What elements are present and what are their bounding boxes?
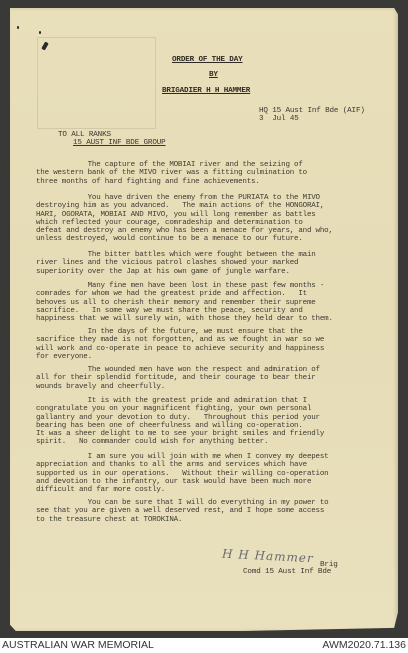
paragraph-line: will work and co-operate in peace to ach…: [36, 345, 372, 353]
paragraph-line: three months of hard fighting and fine a…: [36, 178, 372, 186]
paragraph-line: spirit. No commander could wish for anyt…: [36, 438, 372, 446]
paragraph-line: supported us in our operations. Without …: [36, 470, 372, 478]
paragraph-line: see that you are given a well deserved r…: [36, 507, 372, 515]
paragraph-3: The bitter battles which were fought bet…: [36, 251, 372, 276]
paragraph-6: The wounded men have won the respect and…: [36, 366, 372, 391]
paragraph-line: behoves us all to cherish their memory a…: [36, 299, 372, 307]
paragraph-line: congratulate you on your magnificent fig…: [36, 405, 372, 413]
paragraph-line: and devotion to the infantry, our task w…: [36, 478, 372, 486]
paragraph-line: destroying him as you advanced. The main…: [36, 202, 372, 210]
paragraph-line: sacrifice. In some way we must share the…: [36, 307, 372, 315]
paragraph-line: unless destroyed, would continue to be a…: [36, 235, 372, 243]
paragraph-line: all for their splendid fortitude, and th…: [36, 374, 372, 382]
paragraph-line: the western bank of the MIVO river was a…: [36, 169, 372, 177]
paragraph-line: HARI, OGORATA, MOBIAI AND MIVO, you will…: [36, 211, 372, 219]
paragraph-8: I am sure you will join with me when I c…: [36, 453, 372, 494]
paragraph-line: In the days of the future, we must ensur…: [36, 328, 372, 336]
paragraph-7: It is with the greatest pride and admira…: [36, 397, 372, 447]
paragraph-line: You have driven the enemy from the PURIA…: [36, 194, 372, 202]
faint-stamp-outline: [37, 37, 156, 129]
paragraph-line: to the treasure chest at TOROKINA.: [36, 516, 372, 524]
paragraph-line: sacrifice they made is not forgotten, an…: [36, 336, 372, 344]
date-line: 3 Jul 45: [259, 115, 299, 123]
paragraph-line: defeat and destroy an enemy who has been…: [36, 227, 372, 235]
paragraph-line: which reflected your courage, comradeshi…: [36, 219, 372, 227]
paragraph-line: river lines and the vicious patrol clash…: [36, 259, 372, 267]
paragraph-line: bearing has been one of cheerfulness and…: [36, 422, 372, 430]
document-by: BY: [209, 71, 218, 79]
addressee-group: 15 AUST INF BDE GROUP: [73, 139, 166, 147]
paragraph-line: Many fine men have been lost in these pa…: [36, 282, 372, 290]
paragraph-line: It was a sheer delight to me to see your…: [36, 430, 372, 438]
paragraph-line: You can be sure that I will do everythin…: [36, 499, 372, 507]
paragraph-line: The wounded men have won the respect and…: [36, 366, 372, 374]
paragraph-line: The capture of the MOBIAI river and the …: [36, 161, 372, 169]
paragraph-line: wounds bravely and cheerfully.: [36, 383, 372, 391]
paragraph-line: superiority over the Jap at his own game…: [36, 268, 372, 276]
paragraph-4: Many fine men have been lost in these pa…: [36, 282, 372, 323]
paragraph-5: In the days of the future, we must ensur…: [36, 328, 372, 361]
document-title: ORDER OF THE DAY: [172, 56, 243, 64]
paragraph-line: It is with the greatest pride and admira…: [36, 397, 372, 405]
signature-title: Comd 15 Aust Inf Bde: [243, 568, 331, 576]
paragraph-line: The bitter battles which were fought bet…: [36, 251, 372, 259]
paper-speck: [17, 26, 19, 29]
paragraph-line: gallantry and your devotion to duty. Thr…: [36, 414, 372, 422]
paragraph-line: comrades for whom we had the greatest pr…: [36, 290, 372, 298]
paper-speck: [39, 31, 41, 34]
document-author: BRIGADIER H H HAMMER: [162, 87, 250, 95]
paragraph-line: happiness that we will surely win, with …: [36, 315, 372, 323]
hq-line: HQ 15 Aust Inf Bde (AIF): [259, 107, 365, 115]
addressee-line: TO ALL RANKS: [58, 131, 111, 139]
paragraph-2: You have driven the enemy from the PURIA…: [36, 194, 372, 244]
paragraph-line: for everyone.: [36, 353, 372, 361]
paragraph-9: You can be sure that I will do everythin…: [36, 499, 372, 524]
paragraph-1: The capture of the MOBIAI river and the …: [36, 161, 372, 186]
paragraph-line: appreciation and thanks to all the arms …: [36, 461, 372, 469]
paragraph-line: I am sure you will join with me when I c…: [36, 453, 372, 461]
accession-number: AWM2020.71.136: [322, 639, 406, 651]
institution-label: AUSTRALIAN WAR MEMORIAL: [2, 639, 154, 651]
paragraph-line: difficult and far more costly.: [36, 486, 372, 494]
